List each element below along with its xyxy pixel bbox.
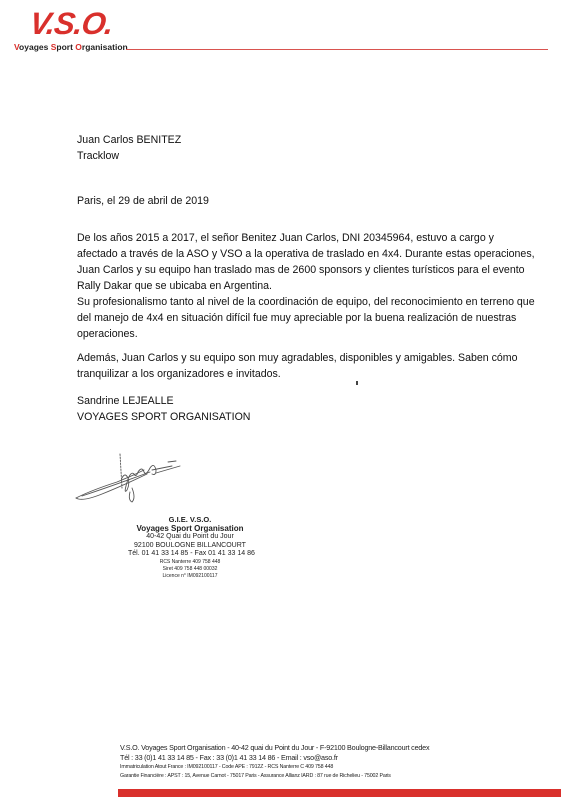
tagline-initial: O	[75, 42, 82, 52]
company-stamp: G.I.E. V.S.O. Voyages Sport Organisation…	[128, 516, 252, 579]
body-paragraph-3: Además, Juan Carlos y su equipo son muy …	[77, 350, 537, 382]
stamp-line: RCS Nanterre 409 758 448	[128, 559, 252, 566]
recipient-block: Juan Carlos BENITEZ Tracklow	[77, 132, 181, 164]
footer-address: V.S.O. Voyages Sport Organisation - 40-4…	[120, 743, 560, 753]
header-divider	[126, 49, 548, 50]
stamp-line: Tél. 01 41 33 14 85 - Fax 01 41 33 14 86	[128, 550, 252, 559]
handwritten-signature-icon	[72, 448, 192, 508]
footer-guarantee: Garantie Financière : APST : 15, Avenue …	[120, 772, 560, 781]
body-paragraph-2: Su profesionalismo tanto al nivel de la …	[77, 294, 537, 342]
stamp-line: 92100 BOULOGNE BILLANCOURT	[128, 542, 252, 551]
recipient-name: Juan Carlos BENITEZ	[77, 132, 181, 148]
letterhead-footer: V.S.O. Voyages Sport Organisation - 40-4…	[120, 743, 560, 780]
body-paragraph-1: De los años 2015 a 2017, el señor Benite…	[77, 230, 537, 294]
tagline-text: port	[56, 42, 75, 52]
footer-registration: Immatriculation Atout France : IM0921001…	[120, 763, 560, 772]
scan-mark	[356, 381, 358, 385]
signer-organization: VOYAGES SPORT ORGANISATION	[77, 409, 250, 425]
stamp-line: Siret 409 758 448 00032	[128, 566, 252, 573]
stamp-line: Licence n° IM092100117	[128, 573, 252, 580]
signer-name: Sandrine LEJEALLE	[77, 393, 250, 409]
signer-block: Sandrine LEJEALLE VOYAGES SPORT ORGANISA…	[77, 393, 250, 425]
tagline-text: rganisation	[82, 42, 128, 52]
recipient-company: Tracklow	[77, 148, 181, 164]
tagline-text: oyages	[19, 42, 51, 52]
logo-tagline: Voyages Sport Organisation	[14, 42, 128, 52]
stamp-line: 40-42 Quai du Point du Jour	[128, 533, 252, 542]
stamp-line: Voyages Sport Organisation	[128, 525, 252, 534]
date-line: Paris, el 29 de abril de 2019	[77, 193, 209, 209]
footer-red-bar	[118, 789, 561, 797]
footer-contact: Tél : 33 (0)1 41 33 14 85 - Fax : 33 (0)…	[120, 753, 560, 763]
vso-logo: V.S.O.	[27, 6, 115, 42]
